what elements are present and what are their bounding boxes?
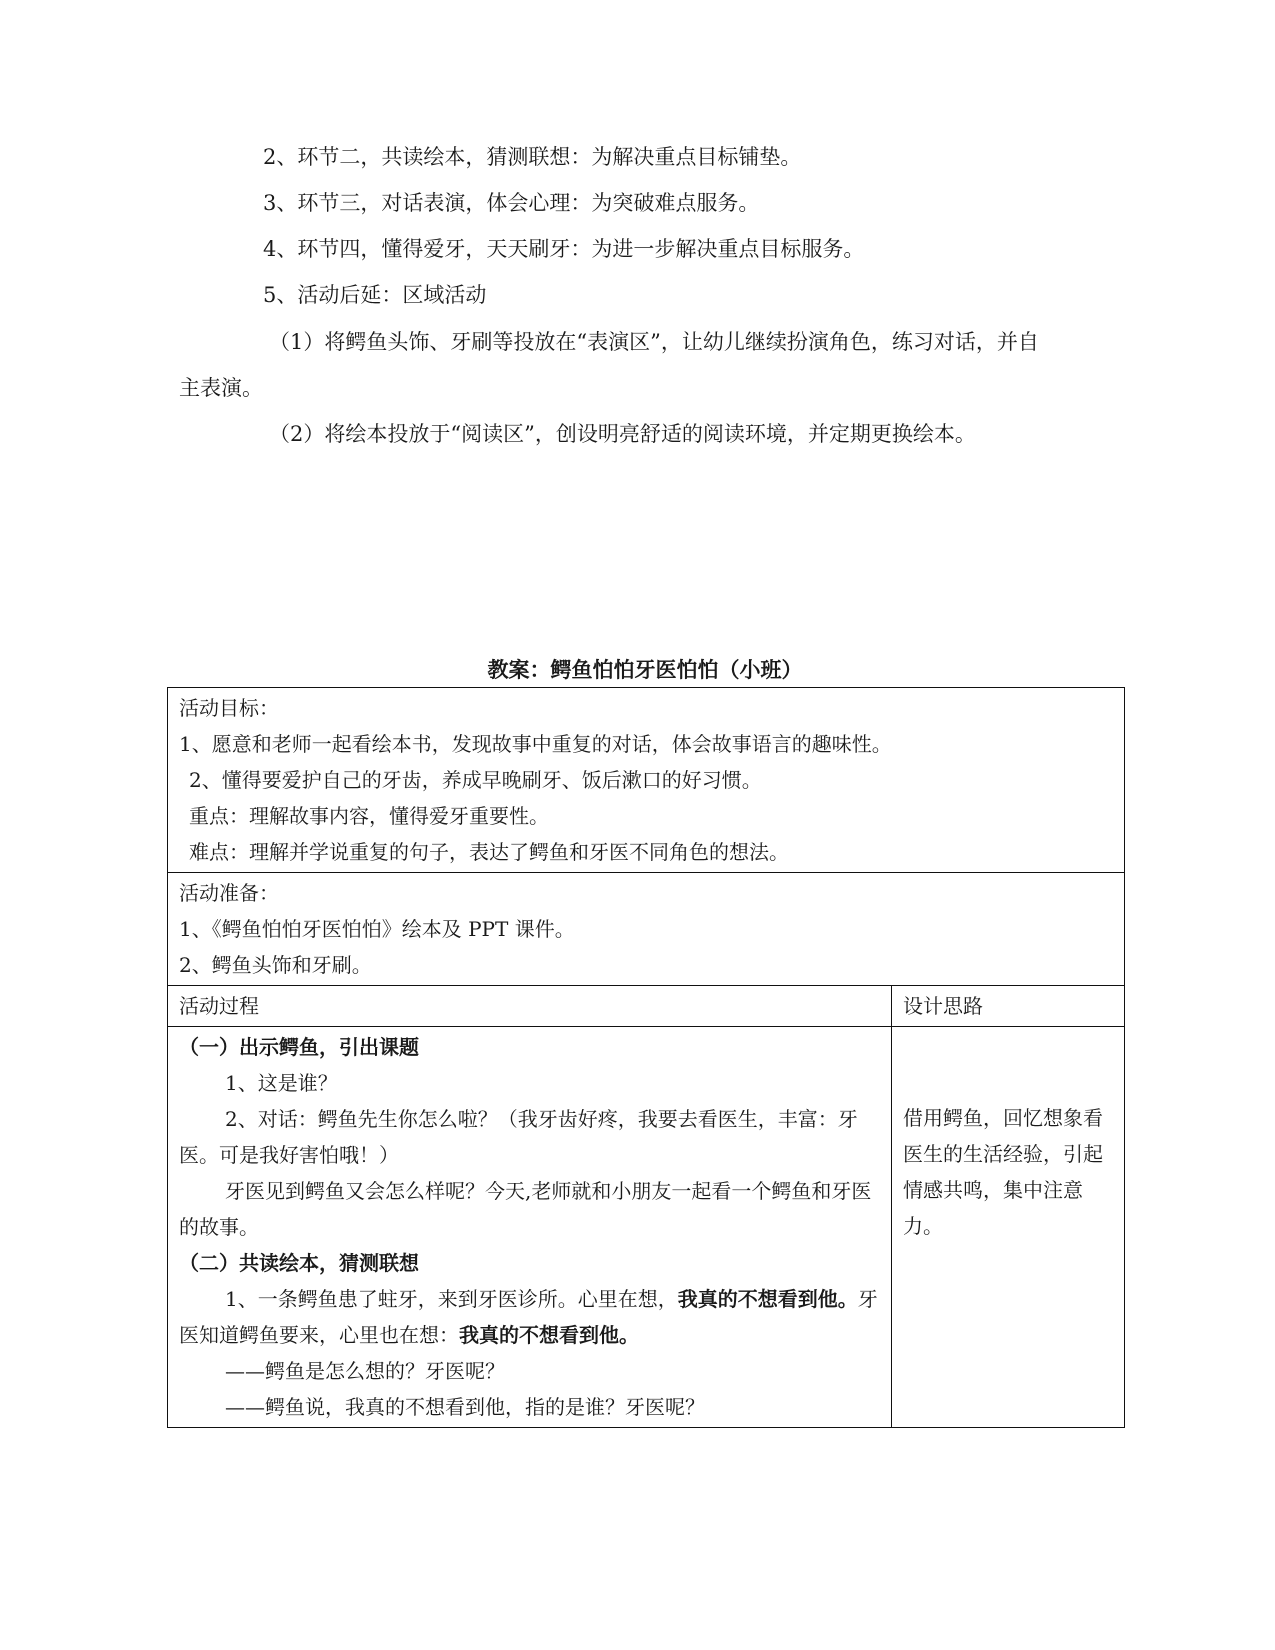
- section-1-paragraph-3: 牙医见到鳄鱼又会怎么样呢？今天,老师就和小朋友一起看一个鳄鱼和牙医的故事。: [179, 1173, 881, 1245]
- design-note: 借用鳄鱼，回忆想象看医生的生活经验，引起情感共鸣，集中注意力。: [903, 1100, 1113, 1244]
- process-header: 活动过程: [168, 986, 892, 1027]
- intro-item-3: 3、环节三，对话表演，体会心理：为突破难点服务。: [179, 180, 1039, 226]
- section-2-paragraph-1: 1、一条鳄鱼患了蛀牙，来到牙医诊所。心里在想，我真的不想看到他。牙医知道鳄鱼要来…: [179, 1281, 881, 1353]
- design-header: 设计思路: [892, 986, 1125, 1027]
- goal-2: 2、懂得要爱护自己的牙齿，养成早晚刷牙、饭后漱口的好习惯。: [179, 762, 1113, 798]
- lesson-title: 教案：鳄鱼怕怕牙医怕怕（小班）: [167, 654, 1123, 686]
- preparation-row: 活动准备： 1、《鳄鱼怕怕牙医怕怕》绘本及 PPT 课件。 2、鳄鱼头饰和牙刷。: [168, 873, 1125, 986]
- key-point: 重点：理解故事内容，懂得爱牙重要性。: [179, 798, 1113, 834]
- preparation-heading: 活动准备：: [179, 875, 1113, 911]
- section-1-question-1: 1、这是谁？: [179, 1065, 881, 1101]
- process-row: （一）出示鳄鱼，引出课题 1、这是谁？ 2、对话：鳄鱼先生你怎么啦？（我牙齿好疼…: [168, 1027, 1125, 1428]
- process-header-row: 活动过程 设计思路: [168, 986, 1125, 1027]
- intro-item-5: 5、活动后延：区域活动: [179, 272, 1039, 318]
- preparation-cell: 活动准备： 1、《鳄鱼怕怕牙医怕怕》绘本及 PPT 课件。 2、鳄鱼头饰和牙刷。: [168, 873, 1125, 986]
- section-2-title: （二）共读绘本，猜测联想: [179, 1245, 881, 1281]
- lesson-plan-table: 活动目标： 1、愿意和老师一起看绘本书，发现故事中重复的对话，体会故事语言的趣味…: [167, 687, 1125, 1428]
- process-cell: （一）出示鳄鱼，引出课题 1、这是谁？ 2、对话：鳄鱼先生你怎么啦？（我牙齿好疼…: [168, 1027, 892, 1428]
- goals-heading: 活动目标：: [179, 690, 1113, 726]
- goals-row: 活动目标： 1、愿意和老师一起看绘本书，发现故事中重复的对话，体会故事语言的趣味…: [168, 688, 1125, 873]
- section-2-question-2: ——鳄鱼说，我真的不想看到他，指的是谁？牙医呢？: [179, 1389, 881, 1425]
- intro-subitem-1: （1）将鳄鱼头饰、牙刷等投放在“表演区”，让幼儿继续扮演角色，练习对话，并自主表…: [179, 319, 1039, 411]
- intro-item-2: 2、环节二，共读绘本，猜测联想：为解决重点目标铺垫。: [179, 134, 1039, 180]
- story-emphasis-a: 我真的不想看到他。: [678, 1287, 858, 1311]
- section-1-title: （一）出示鳄鱼，引出课题: [179, 1029, 881, 1065]
- preparation-2: 2、鳄鱼头饰和牙刷。: [179, 947, 1113, 983]
- story-emphasis-b: 我真的不想看到他。: [459, 1323, 639, 1347]
- goal-1: 1、愿意和老师一起看绘本书，发现故事中重复的对话，体会故事语言的趣味性。: [179, 726, 1113, 762]
- story-text-a: 1、一条鳄鱼患了蛀牙，来到牙医诊所。心里在想，: [225, 1287, 678, 1311]
- preparation-1: 1、《鳄鱼怕怕牙医怕怕》绘本及 PPT 课件。: [179, 911, 1113, 947]
- intro-item-4: 4、环节四，懂得爱牙，天天刷牙：为进一步解决重点目标服务。: [179, 226, 1039, 272]
- difficult-point: 难点：理解并学说重复的句子，表达了鳄鱼和牙医不同角色的想法。: [179, 834, 1113, 870]
- intro-subitem-2: （2）将绘本投放于“阅读区”，创设明亮舒适的阅读环境，并定期更换绘本。: [179, 411, 1039, 457]
- goals-cell: 活动目标： 1、愿意和老师一起看绘本书，发现故事中重复的对话，体会故事语言的趣味…: [168, 688, 1125, 873]
- section-2-question-1: ——鳄鱼是怎么想的？牙医呢？: [179, 1353, 881, 1389]
- section-1-question-2: 2、对话：鳄鱼先生你怎么啦？（我牙齿好疼，我要去看医生，丰富：牙医。可是我好害怕…: [179, 1101, 881, 1173]
- design-note-cell: 借用鳄鱼，回忆想象看医生的生活经验，引起情感共鸣，集中注意力。: [892, 1027, 1125, 1428]
